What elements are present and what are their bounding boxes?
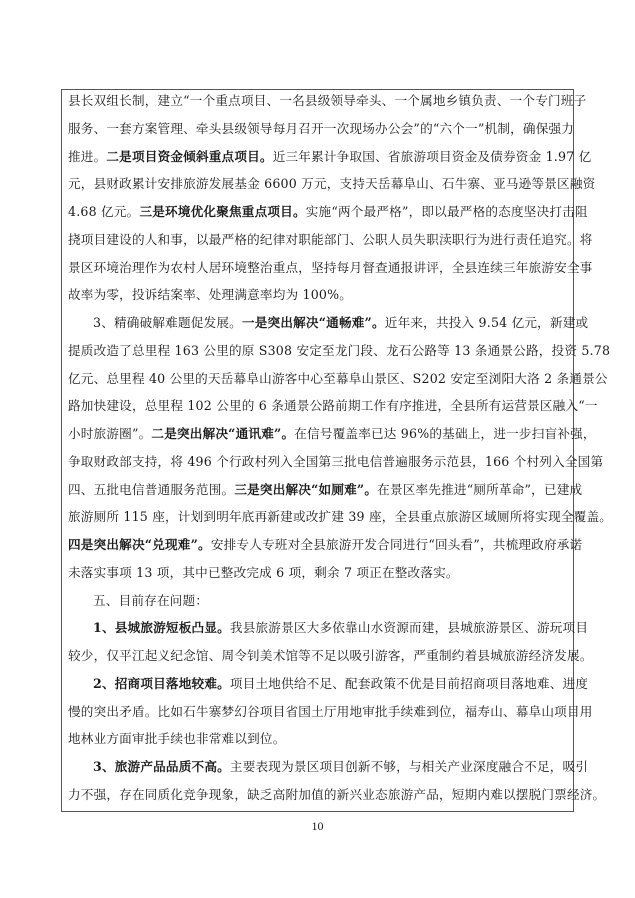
body-text: 县长双组长制，建立“一个重点项目、一名县级领导牵头、一个属地乡镇负责、一个专门班… (68, 93, 586, 108)
body-text: 景区环境治理作为农村人居环境整治重点，坚持每月督查通报讲评，全县连续三年旅游安全… (68, 260, 593, 275)
text-line: 较少，仅平江起义纪念馆、周令钊美术馆等不足以吸引游客，严重制约着县城旅游经济发展… (68, 646, 568, 666)
bold-heading-text: 三是环境优化聚焦重点项目。 (139, 204, 305, 219)
text-line: 路加快建设，总里程 102 公里的 6 条通景公路前期工作有序推进，全县所有运营… (68, 396, 568, 416)
body-text: 争取财政部支持，将 496 个行政村列入全国第三批电信普遍服务示范县，166 个… (68, 454, 603, 469)
document-table-cell: 县长双组长制，建立“一个重点项目、一名县级领导牵头、一个属地乡镇负责、一个专门班… (61, 89, 574, 812)
text-line: 小时旅游圈”。二是突出解决“通讯难”。在信号覆盖率已达 96%的基础上，进一步扫… (68, 424, 568, 444)
body-text: 3、精确破解难题促发展。 (93, 315, 242, 330)
text-line: 1、县城旅游短板凸显。我县旅游景区大多依靠山水资源而建，县城旅游景区、游玩项目 (93, 618, 568, 638)
bold-heading-text: 二是项目资金倾斜重点项目。 (106, 149, 272, 164)
body-text: 项目土地供给不足、配套政策不优是目前招商项目落地难、进度 (230, 676, 588, 691)
text-line: 故率为零，投诉结案率、处理满意率均为 100%。 (68, 285, 568, 305)
text-line: 争取财政部支持，将 496 个行政村列入全国第三批电信普遍服务示范县，166 个… (68, 452, 568, 472)
text-line: 提质改造了总里程 163 公里的原 S308 安定至龙门段、龙石公路等 13 条… (68, 341, 568, 361)
body-text: 元，县财政累计安排旅游发展基金 6600 万元，支持天岳幕阜山、石牛寨、亚马逊等… (68, 176, 595, 191)
text-line: 2、招商项目落地较难。项目土地供给不足、配套政策不优是目前招商项目落地难、进度 (93, 674, 568, 694)
body-text: 路加快建设，总里程 102 公里的 6 条通景公路前期工作有序推进，全县所有运营… (68, 398, 598, 413)
body-text: 我县旅游景区大多依靠山水资源而建，县城旅游景区、游玩项目 (230, 620, 588, 635)
text-line: 3、旅游产品品质不高。主要表现为景区项目创新不够，与相关产业深度融合不足，吸引 (93, 757, 568, 777)
text-line: 旅游厕所 115 座，计划到明年底再新建或改扩建 39 座，全县重点旅游区域厕所… (68, 507, 568, 527)
bold-heading-text: 3、旅游产品品质不高。 (93, 759, 230, 774)
body-text: 挠项目建设的人和事，以最严格的纪律对职能部门、公职人员失职渎职行为进行责任追究。… (68, 232, 593, 247)
text-line: 五、目前存在问题： (93, 591, 568, 611)
body-text: 近三年累计争取国、省旅游项目资金及债券资金 1.97 亿 (273, 149, 592, 164)
body-text: 主要表现为景区项目创新不够，与相关产业深度融合不足，吸引 (230, 759, 588, 774)
text-line: 元，县财政累计安排旅游发展基金 6600 万元，支持天岳幕阜山、石牛寨、亚马逊等… (68, 174, 568, 194)
body-text: 四、五批电信普通服务范围。 (68, 482, 234, 497)
bold-heading-text: 一是突出解决“通畅难”。 (242, 315, 385, 330)
body-text: 服务、一套方案管理、牵头县级领导每月召开一次现场办公会”的“六个一”机制，确保强… (68, 121, 574, 136)
text-line: 亿元、总里程 40 公里的天岳幕阜山游客中心至幕阜山景区、S202 安定至浏阳大… (68, 369, 568, 389)
text-line: 县长双组长制，建立“一个重点项目、一名县级领导牵头、一个属地乡镇负责、一个专门班… (68, 91, 568, 111)
body-text: 安排专人专班对全县旅游开发合同进行“回头看”，共梳理政府承诺 (211, 537, 583, 552)
body-text: 在景区率先推进“厕所革命”，已建成 (377, 482, 582, 497)
body-text: 较少，仅平江起义纪念馆、周令钊美术馆等不足以吸引游客，严重制约着县城旅游经济发展… (68, 648, 593, 663)
text-line: 未落实事项 13 项，其中已整改完成 6 项，剩余 7 项正在整改落实。 (68, 563, 568, 583)
body-text: 力不强，存在同质化竞争现象，缺乏高附加值的新兴业态旅游产品，短期内难以摆脱门票经… (68, 787, 605, 802)
body-text: 亿元、总里程 40 公里的天岳幕阜山游客中心至幕阜山景区、S202 安定至浏阳大… (68, 371, 608, 386)
page-number: 10 (0, 819, 635, 834)
body-text: 小时旅游圈”。 (68, 426, 151, 441)
text-line: 四、五批电信普通服务范围。三是突出解决“如厕难”。在景区率先推进“厕所革命”，已… (68, 480, 568, 500)
body-text: 提质改造了总里程 163 公里的原 S308 安定至龙门段、龙石公路等 13 条… (68, 343, 610, 358)
text-line: 力不强，存在同质化竞争现象，缺乏高附加值的新兴业态旅游产品，短期内难以摆脱门票经… (68, 785, 568, 805)
text-line: 慢的突出矛盾。比如石牛寨梦幻谷项目省国土厅用地审批手续难到位，福寿山、幕阜山项目… (68, 702, 568, 722)
body-text: 在信号覆盖率已达 96%的基础上，进一步扫盲补强， (294, 426, 595, 441)
text-line: 四是突出解决“兑现难”。安排专人专班对全县旅游开发合同进行“回头看”，共梳理政府… (68, 535, 568, 555)
body-text: 推进。 (68, 149, 106, 164)
body-text: 地林业方面审批手续也非常难以到位。 (68, 731, 286, 746)
bold-heading-text: 二是突出解决“通讯难”。 (151, 426, 294, 441)
bold-heading-text: 三是突出解决“如厕难”。 (234, 482, 377, 497)
body-text: 近年来，共投入 9.54 亿元，新建或 (385, 315, 589, 330)
text-line: 景区环境治理作为农村人居环境整治重点，坚持每月督查通报讲评，全县连续三年旅游安全… (68, 258, 568, 278)
body-text: 4.68 亿元。 (68, 204, 139, 219)
body-text: 实施“两个最严格”，即以最严格的态度坚决打击阻 (306, 204, 588, 219)
body-text: 故率为零，投诉结案率、处理满意率均为 100%。 (68, 287, 352, 302)
text-line: 3、精确破解难题促发展。一是突出解决“通畅难”。近年来，共投入 9.54 亿元，… (93, 313, 568, 333)
bold-heading-text: 四是突出解决“兑现难”。 (68, 537, 211, 552)
bold-heading-text: 2、招商项目落地较难。 (93, 676, 230, 691)
body-text: 慢的突出矛盾。比如石牛寨梦幻谷项目省国土厅用地审批手续难到位，福寿山、幕阜山项目… (68, 704, 593, 719)
text-line: 推进。二是项目资金倾斜重点项目。近三年累计争取国、省旅游项目资金及债券资金 1.… (68, 147, 568, 167)
text-line: 服务、一套方案管理、牵头县级领导每月召开一次现场办公会”的“六个一”机制，确保强… (68, 119, 568, 139)
text-line: 挠项目建设的人和事，以最严格的纪律对职能部门、公职人员失职渎职行为进行责任追究。… (68, 230, 568, 250)
body-text: 旅游厕所 115 座，计划到明年底再新建或改扩建 39 座，全县重点旅游区域厕所… (68, 509, 612, 524)
body-text: 未落实事项 13 项，其中已整改完成 6 项，剩余 7 项正在整改落实。 (68, 565, 459, 580)
bold-heading-text: 1、县城旅游短板凸显。 (93, 620, 230, 635)
body-text: 五、目前存在问题： (93, 593, 208, 608)
text-line: 4.68 亿元。三是环境优化聚焦重点项目。实施“两个最严格”，即以最严格的态度坚… (68, 202, 568, 222)
text-line: 地林业方面审批手续也非常难以到位。 (68, 729, 568, 749)
